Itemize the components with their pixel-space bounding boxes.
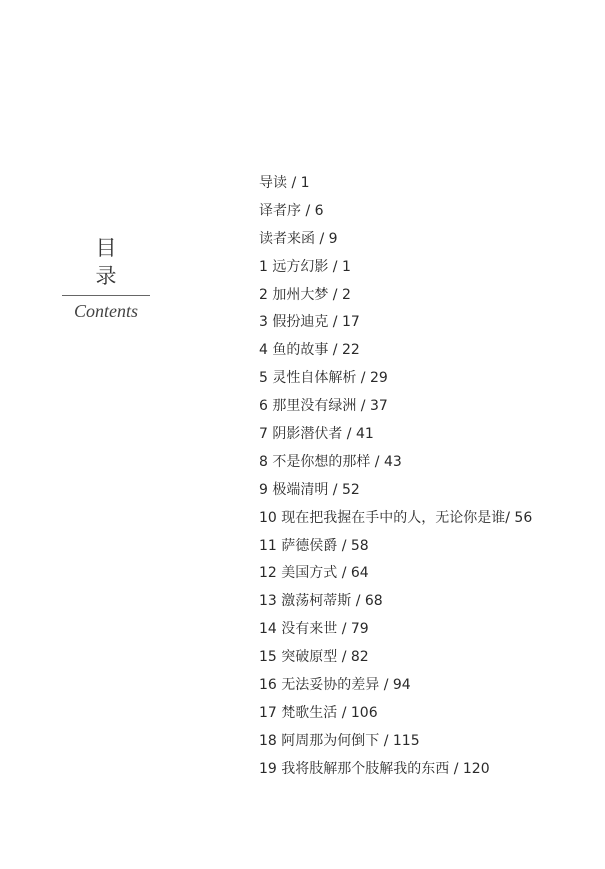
toc-entry: 11 萨德侯爵 / 58 <box>259 535 532 563</box>
toc-entry: 1 远方幻影 / 1 <box>259 256 532 284</box>
table-of-contents: 导读 / 1 译者序 / 6 读者来函 / 9 1 远方幻影 / 1 2 加州大… <box>259 172 532 786</box>
toc-entry: 9 极端清明 / 52 <box>259 479 532 507</box>
heading-english: Contents <box>62 300 150 322</box>
toc-entry: 译者序 / 6 <box>259 200 532 228</box>
toc-entry: 4 鱼的故事 / 22 <box>259 339 532 367</box>
heading-chinese: 目录 <box>62 234 150 290</box>
toc-entry: 6 那里没有绿洲 / 37 <box>259 395 532 423</box>
toc-entry: 13 激荡柯蒂斯 / 68 <box>259 590 532 618</box>
toc-entry: 2 加州大梦 / 2 <box>259 284 532 312</box>
toc-entry: 读者来函 / 9 <box>259 228 532 256</box>
toc-entry: 18 阿周那为何倒下 / 115 <box>259 730 532 758</box>
toc-entry: 19 我将肢解那个肢解我的东西 / 120 <box>259 758 532 786</box>
toc-entry: 17 梵歌生活 / 106 <box>259 702 532 730</box>
toc-entry: 7 阴影潜伏者 / 41 <box>259 423 532 451</box>
toc-entry: 10 现在把我握在手中的人，无论你是谁/ 56 <box>259 507 532 535</box>
toc-entry: 14 没有来世 / 79 <box>259 618 532 646</box>
heading-divider <box>62 295 150 296</box>
toc-entry: 15 突破原型 / 82 <box>259 646 532 674</box>
toc-entry: 8 不是你想的那样 / 43 <box>259 451 532 479</box>
toc-entry: 12 美国方式 / 64 <box>259 562 532 590</box>
toc-entry: 导读 / 1 <box>259 172 532 200</box>
toc-entry: 3 假扮迪克 / 17 <box>259 311 532 339</box>
toc-entry: 5 灵性自体解析 / 29 <box>259 367 532 395</box>
contents-heading: 目录 Contents <box>62 234 150 322</box>
toc-entry: 16 无法妥协的差异 / 94 <box>259 674 532 702</box>
